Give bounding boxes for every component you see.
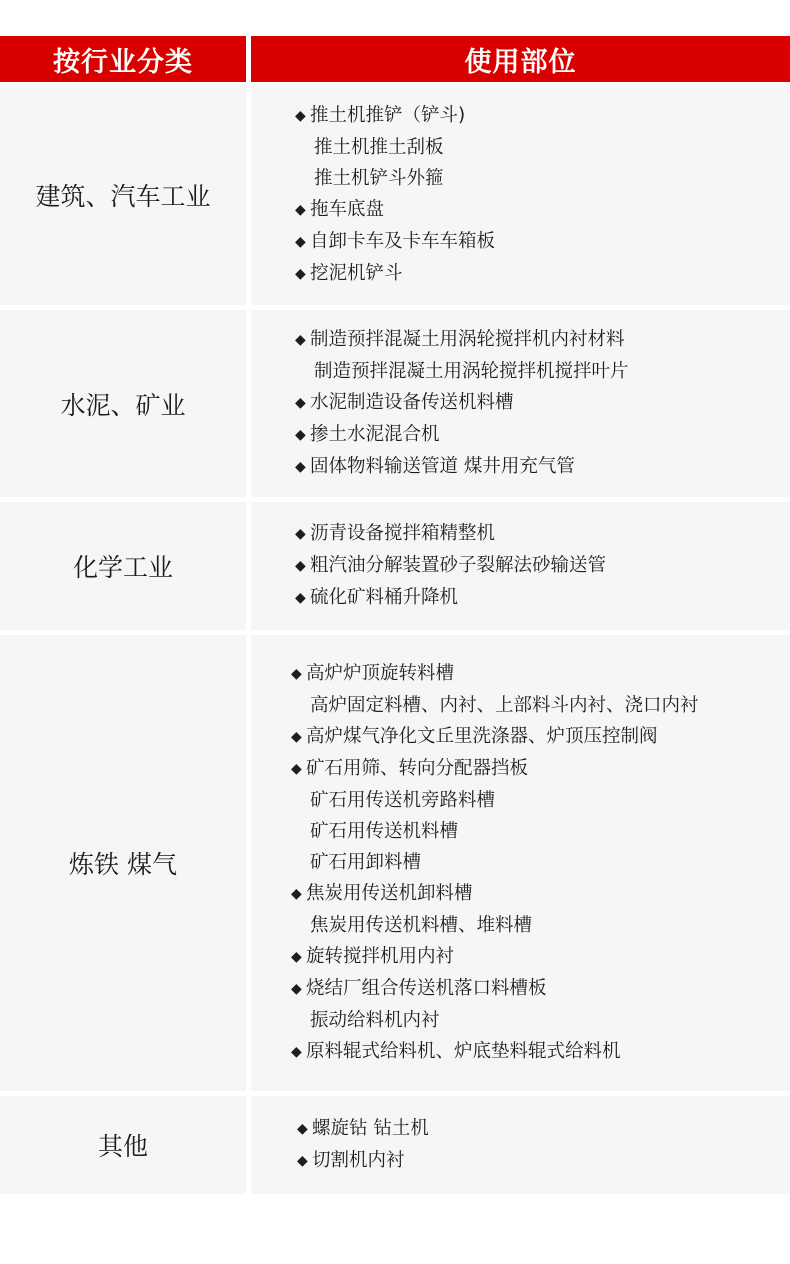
usage-item-text: 焦炭用传送机卸料槽: [306, 883, 473, 904]
usage-item-text: 矿石用筛、转向分配器挡板: [306, 758, 528, 779]
usage-item: ◆水泥制造设备传送机料槽: [295, 387, 790, 419]
usage-item-text: 自卸卡车及卡车车箱板: [310, 231, 495, 252]
table-header: 按行业分类 使用部位: [0, 36, 790, 82]
usage-item-text: 高炉煤气净化文丘里洗涤器、炉顶压控制阀: [306, 726, 658, 747]
usage-item-text: 粗汽油分解装置砂子裂解法砂输送管: [310, 555, 606, 576]
diamond-bullet-icon: ◆: [295, 227, 310, 258]
usage-item: 制造预拌混凝土用涡轮搅拌机搅拌叶片: [295, 356, 790, 387]
diamond-bullet-icon: ◆: [297, 1114, 312, 1145]
usage-item: ◆掺土水泥混合机: [295, 419, 790, 451]
usage-item-text: 矿石用卸料槽: [310, 852, 421, 873]
usage-item-text: 原料辊式给料机、炉底垫料辊式给料机: [306, 1041, 621, 1062]
category-cell: 化学工业: [0, 502, 246, 630]
usage-item: ◆硫化矿料桶升降机: [295, 582, 790, 614]
usage-item: ◆原料辊式给料机、炉底垫料辊式给料机: [291, 1036, 790, 1068]
usage-item-text: 矿石用传送机料槽: [310, 821, 458, 842]
diamond-bullet-icon: ◆: [295, 452, 310, 483]
usage-cell: ◆高炉炉顶旋转料槽高炉固定料槽、内衬、上部料斗内衬、浇口内衬◆高炉煤气净化文丘里…: [251, 635, 790, 1091]
usage-item: 矿石用卸料槽: [291, 847, 790, 878]
diamond-bullet-icon: ◆: [295, 583, 310, 614]
table-row-4: 炼铁 煤气 ◆高炉炉顶旋转料槽高炉固定料槽、内衬、上部料斗内衬、浇口内衬◆高炉煤…: [0, 635, 790, 1091]
table-row-5: 其他 ◆螺旋钻 钻土机◆切割机内衬: [0, 1096, 790, 1194]
usage-item-text: 挖泥机铲斗: [310, 263, 403, 284]
usage-item: ◆高炉煤气净化文丘里洗涤器、炉顶压控制阀: [291, 721, 790, 753]
industry-usage-table: 按行业分类 使用部位 建筑、汽车工业 ◆推土机推铲（铲斗)推土机推土刮板推土机铲…: [0, 36, 790, 1194]
usage-list: ◆高炉炉顶旋转料槽高炉固定料槽、内衬、上部料斗内衬、浇口内衬◆高炉煤气净化文丘里…: [291, 658, 790, 1068]
diamond-bullet-icon: ◆: [295, 101, 310, 132]
usage-item-text: 切割机内衬: [312, 1150, 405, 1171]
category-cell: 炼铁 煤气: [0, 635, 246, 1091]
usage-item-text: 硫化矿料桶升降机: [310, 587, 458, 608]
diamond-bullet-icon: ◆: [291, 942, 306, 973]
usage-item: ◆自卸卡车及卡车车箱板: [295, 226, 790, 258]
diamond-bullet-icon: ◆: [295, 388, 310, 419]
usage-item-text: 烧结厂组合传送机落口料槽板: [306, 978, 547, 999]
usage-list: ◆沥青设备搅拌箱精整机◆粗汽油分解装置砂子裂解法砂输送管◆硫化矿料桶升降机: [295, 518, 790, 614]
usage-item: ◆旋转搅拌机用内衬: [291, 941, 790, 973]
usage-item-text: 矿石用传送机旁路料槽: [310, 790, 495, 811]
diamond-bullet-icon: ◆: [295, 551, 310, 582]
usage-cell: ◆螺旋钻 钻土机◆切割机内衬: [251, 1096, 790, 1194]
diamond-bullet-icon: ◆: [295, 195, 310, 226]
diamond-bullet-icon: ◆: [297, 1146, 312, 1177]
table-body: 建筑、汽车工业 ◆推土机推铲（铲斗)推土机推土刮板推土机铲斗外箍◆拖车底盘◆自卸…: [0, 84, 790, 1194]
usage-item-text: 沥青设备搅拌箱精整机: [310, 523, 495, 544]
usage-item-text: 制造预拌混凝土用涡轮搅拌机搅拌叶片: [314, 361, 629, 382]
usage-item-text: 高炉固定料槽、内衬、上部料斗内衬、浇口内衬: [310, 695, 699, 716]
usage-item-text: 振动给料机内衬: [310, 1010, 440, 1031]
diamond-bullet-icon: ◆: [295, 519, 310, 550]
usage-item-text: 旋转搅拌机用内衬: [306, 946, 454, 967]
usage-cell: ◆沥青设备搅拌箱精整机◆粗汽油分解装置砂子裂解法砂输送管◆硫化矿料桶升降机: [251, 502, 790, 630]
usage-item: 矿石用传送机旁路料槽: [291, 785, 790, 816]
diamond-bullet-icon: ◆: [295, 325, 310, 356]
usage-item: 振动给料机内衬: [291, 1005, 790, 1036]
diamond-bullet-icon: ◆: [291, 1037, 306, 1068]
usage-item: ◆挖泥机铲斗: [295, 258, 790, 290]
header-usage: 使用部位: [251, 36, 790, 82]
usage-item: 推土机铲斗外箍: [295, 163, 790, 194]
diamond-bullet-icon: ◆: [295, 420, 310, 451]
diamond-bullet-icon: ◆: [291, 754, 306, 785]
usage-item: 焦炭用传送机料槽、堆料槽: [291, 910, 790, 941]
table-row-1: 建筑、汽车工业 ◆推土机推铲（铲斗)推土机推土刮板推土机铲斗外箍◆拖车底盘◆自卸…: [0, 84, 790, 305]
diamond-bullet-icon: ◆: [291, 722, 306, 753]
usage-list: ◆推土机推铲（铲斗)推土机推土刮板推土机铲斗外箍◆拖车底盘◆自卸卡车及卡车车箱板…: [295, 100, 790, 290]
usage-item: ◆烧结厂组合传送机落口料槽板: [291, 973, 790, 1005]
usage-item-text: 固体物料输送管道 煤井用充气管: [310, 456, 575, 477]
usage-item-text: 水泥制造设备传送机料槽: [310, 392, 514, 413]
usage-item-text: 推土机铲斗外箍: [314, 168, 444, 189]
diamond-bullet-icon: ◆: [291, 659, 306, 690]
usage-list: ◆螺旋钻 钻土机◆切割机内衬: [297, 1113, 790, 1177]
usage-item: ◆推土机推铲（铲斗): [295, 100, 790, 132]
usage-item: ◆固体物料输送管道 煤井用充气管: [295, 451, 790, 483]
usage-item-text: 拖车底盘: [310, 199, 384, 220]
usage-item-text: 螺旋钻 钻土机: [312, 1118, 429, 1139]
usage-item-text: 高炉炉顶旋转料槽: [306, 663, 454, 684]
usage-item: ◆拖车底盘: [295, 194, 790, 226]
usage-item: ◆高炉炉顶旋转料槽: [291, 658, 790, 690]
category-cell: 建筑、汽车工业: [0, 84, 246, 305]
usage-item: ◆切割机内衬: [297, 1145, 790, 1177]
usage-item: 矿石用传送机料槽: [291, 816, 790, 847]
usage-list: ◆制造预拌混凝土用涡轮搅拌机内衬材料制造预拌混凝土用涡轮搅拌机搅拌叶片◆水泥制造…: [295, 324, 790, 483]
usage-item: ◆制造预拌混凝土用涡轮搅拌机内衬材料: [295, 324, 790, 356]
usage-item: ◆矿石用筛、转向分配器挡板: [291, 753, 790, 785]
diamond-bullet-icon: ◆: [295, 259, 310, 290]
category-cell: 水泥、矿业: [0, 310, 246, 497]
usage-item: 推土机推土刮板: [295, 132, 790, 163]
usage-item-text: 掺土水泥混合机: [310, 424, 440, 445]
usage-item: ◆粗汽油分解装置砂子裂解法砂输送管: [295, 550, 790, 582]
usage-item: ◆焦炭用传送机卸料槽: [291, 878, 790, 910]
usage-item-text: 推土机推土刮板: [314, 137, 444, 158]
usage-item: 高炉固定料槽、内衬、上部料斗内衬、浇口内衬: [291, 690, 790, 721]
usage-cell: ◆制造预拌混凝土用涡轮搅拌机内衬材料制造预拌混凝土用涡轮搅拌机搅拌叶片◆水泥制造…: [251, 310, 790, 497]
usage-cell: ◆推土机推铲（铲斗)推土机推土刮板推土机铲斗外箍◆拖车底盘◆自卸卡车及卡车车箱板…: [251, 84, 790, 305]
diamond-bullet-icon: ◆: [291, 974, 306, 1005]
usage-item-text: 焦炭用传送机料槽、堆料槽: [310, 915, 532, 936]
category-cell: 其他: [0, 1096, 246, 1194]
table-row-3: 化学工业 ◆沥青设备搅拌箱精整机◆粗汽油分解装置砂子裂解法砂输送管◆硫化矿料桶升…: [0, 502, 790, 630]
diamond-bullet-icon: ◆: [291, 879, 306, 910]
table-row-2: 水泥、矿业 ◆制造预拌混凝土用涡轮搅拌机内衬材料制造预拌混凝土用涡轮搅拌机搅拌叶…: [0, 310, 790, 497]
header-category: 按行业分类: [0, 36, 246, 82]
usage-item-text: 推土机推铲（铲斗): [310, 105, 465, 126]
usage-item: ◆螺旋钻 钻土机: [297, 1113, 790, 1145]
usage-item-text: 制造预拌混凝土用涡轮搅拌机内衬材料: [310, 329, 625, 350]
usage-item: ◆沥青设备搅拌箱精整机: [295, 518, 790, 550]
